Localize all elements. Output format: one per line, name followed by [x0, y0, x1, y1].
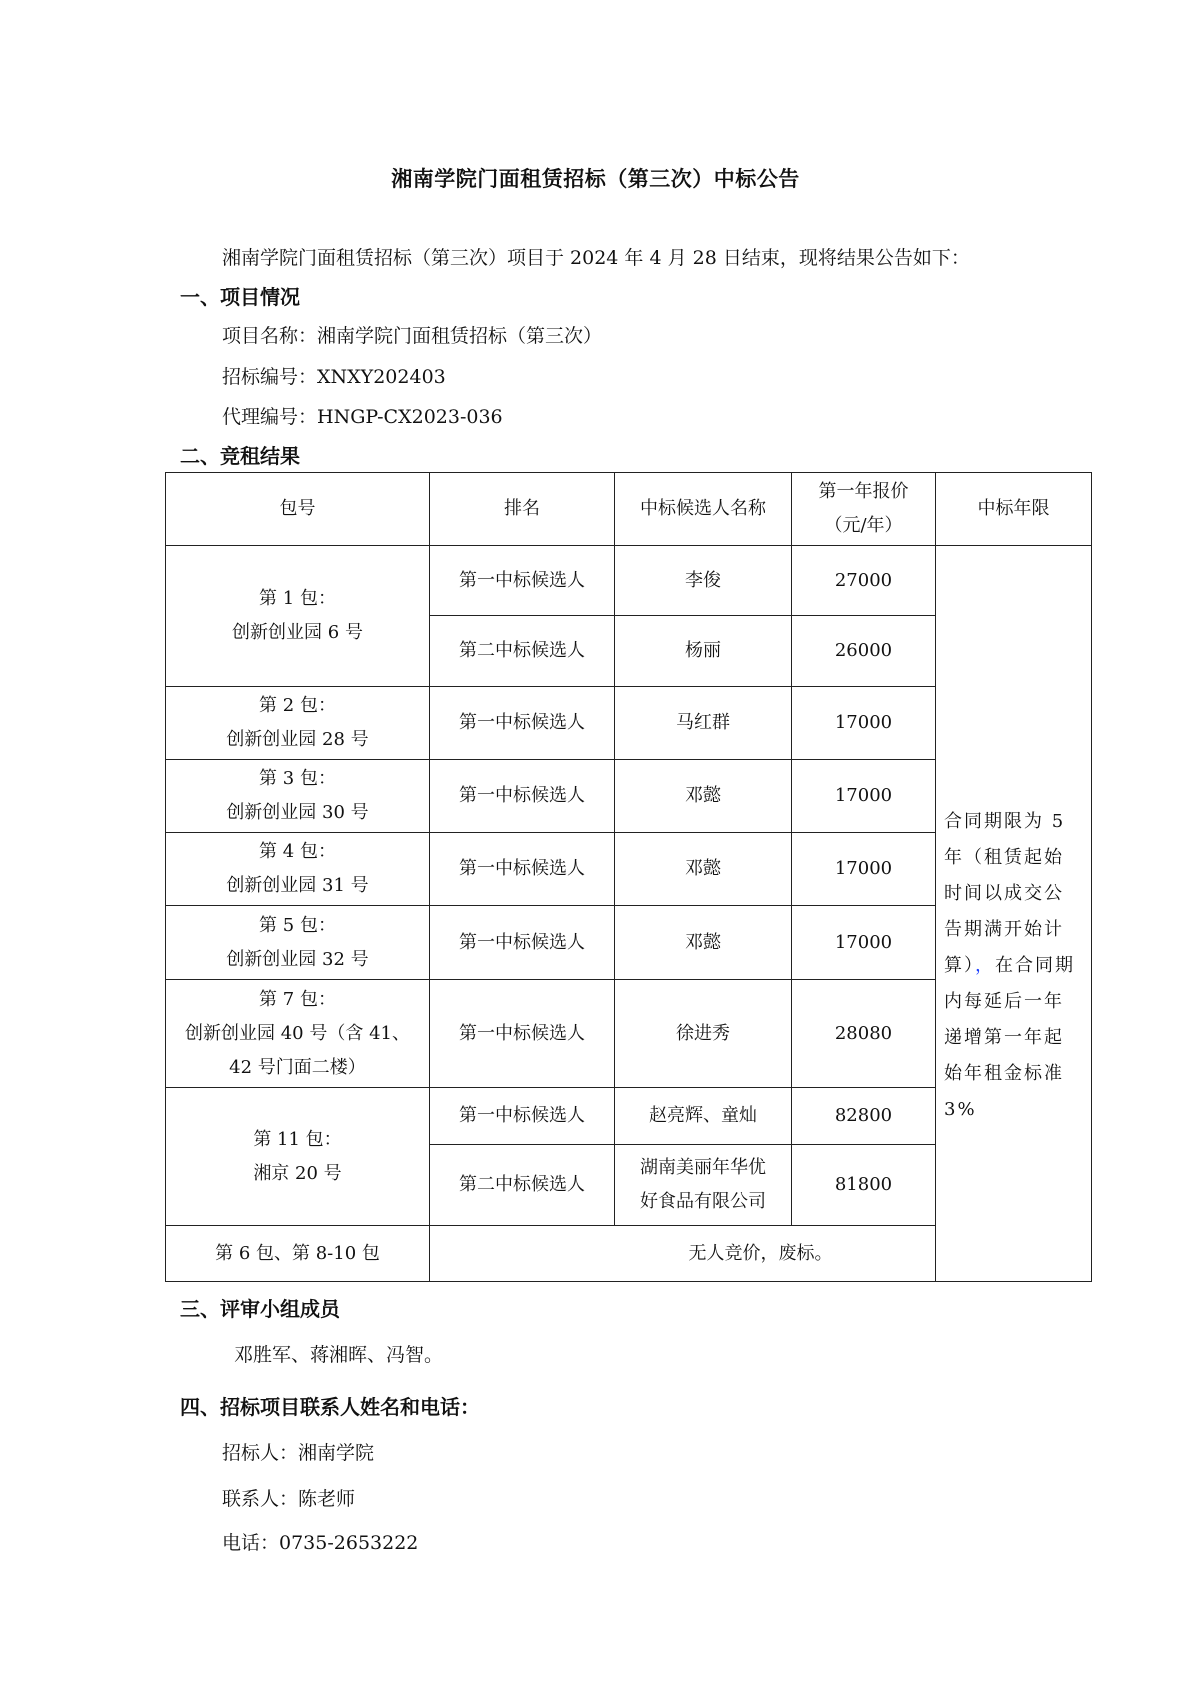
package-location: 创新创业园 30 号 [170, 796, 425, 830]
section-heading-results: 二、竞租结果 [180, 444, 300, 468]
panel-members: 邓胜军、蒋湘晖、冯智。 [234, 1343, 443, 1367]
rank-cell: 第一中标候选人 [430, 980, 615, 1088]
header-price: 第一年报价 （元/年） [792, 473, 936, 546]
header-price-line1: 第一年报价 [796, 475, 931, 509]
candidate-cell: 马红群 [615, 687, 792, 760]
header-rank: 排名 [430, 473, 615, 546]
table-row: 第 1 包： 创新创业园 6 号 第一中标候选人 李俊 27000 合同期限为 … [166, 546, 1092, 616]
price-cell: 17000 [792, 760, 936, 833]
term-text-part2: 在合同期内每延后一年递增第一年起始年租金标准 3% [944, 955, 1075, 1120]
header-candidate: 中标候选人名称 [615, 473, 792, 546]
term-comma: ， [975, 955, 995, 976]
candidate-cell: 邓懿 [615, 760, 792, 833]
rank-cell: 第二中标候选人 [430, 616, 615, 687]
price-cell: 27000 [792, 546, 936, 616]
rank-cell: 第一中标候选人 [430, 906, 615, 980]
header-package: 包号 [166, 473, 430, 546]
package-label: 第 11 包： [170, 1123, 425, 1157]
package-cell: 第 7 包： 创新创业园 40 号（含 41、 42 号门面二楼） [166, 980, 430, 1088]
failed-package-cell: 第 6 包、第 8-10 包 [166, 1226, 430, 1282]
rank-cell: 第一中标候选人 [430, 760, 615, 833]
package-location-cont: 42 号门面二楼） [170, 1051, 425, 1085]
section-heading-panel: 三、评审小组成员 [180, 1297, 340, 1321]
agent-number: 代理编号：HNGP-CX2023-036 [222, 405, 503, 429]
candidate-cell: 李俊 [615, 546, 792, 616]
candidate-cell: 邓懿 [615, 906, 792, 980]
package-label: 第 4 包： [170, 835, 425, 869]
price-cell: 81800 [792, 1145, 936, 1226]
package-cell: 第 3 包： 创新创业园 30 号 [166, 760, 430, 833]
results-table: 包号 排名 中标候选人名称 第一年报价 （元/年） 中标年限 第 1 包： 创新… [165, 472, 1092, 1282]
package-cell: 第 1 包： 创新创业园 6 号 [166, 546, 430, 687]
section-heading-contact: 四、招标项目联系人姓名和电话： [180, 1395, 480, 1419]
package-label: 第 7 包： [170, 983, 425, 1017]
candidate-line1: 湖南美丽年华优 [619, 1151, 787, 1185]
price-cell: 17000 [792, 906, 936, 980]
tenderer: 招标人：湘南学院 [222, 1441, 374, 1465]
header-price-line2: （元/年） [796, 509, 931, 543]
term-cell: 合同期限为 5 年（租赁起始时间以成交公告期满开始计算），在合同期内每延后一年递… [936, 546, 1092, 1282]
price-cell: 82800 [792, 1088, 936, 1145]
candidate-cell: 徐进秀 [615, 980, 792, 1088]
package-label: 第 2 包： [170, 689, 425, 723]
rank-cell: 第二中标候选人 [430, 1145, 615, 1226]
term-text-part1: 合同期限为 5 年（租赁起始时间以成交公告期满开始计算） [944, 811, 1065, 976]
candidate-cell: 邓懿 [615, 833, 792, 906]
price-cell: 17000 [792, 687, 936, 760]
price-cell: 28080 [792, 980, 936, 1088]
intro-paragraph: 湘南学院门面租赁招标（第三次）项目于 2024 年 4 月 28 日结束，现将结… [222, 246, 970, 270]
page-title: 湘南学院门面租赁招标（第三次）中标公告 [0, 163, 1191, 193]
package-label: 第 5 包： [170, 909, 425, 943]
failed-packages-row: 第 6 包、第 8-10 包 无人竞价，废标。 [166, 1226, 1092, 1282]
price-cell: 17000 [792, 833, 936, 906]
package-location: 创新创业园 6 号 [170, 616, 425, 650]
project-name: 项目名称：湘南学院门面租赁招标（第三次） [222, 324, 602, 348]
candidate-line2: 好食品有限公司 [619, 1185, 787, 1219]
package-label: 第 1 包： [170, 582, 425, 616]
table-header-row: 包号 排名 中标候选人名称 第一年报价 （元/年） 中标年限 [166, 473, 1092, 546]
package-location: 湘京 20 号 [170, 1157, 425, 1191]
failed-note-cell: 无人竞价，废标。 [430, 1226, 1092, 1282]
package-cell: 第 2 包： 创新创业园 28 号 [166, 687, 430, 760]
candidate-cell: 湖南美丽年华优 好食品有限公司 [615, 1145, 792, 1226]
tender-number: 招标编号：XNXY202403 [222, 365, 446, 389]
rank-cell: 第一中标候选人 [430, 546, 615, 616]
package-location: 创新创业园 40 号（含 41、 [170, 1017, 425, 1051]
rank-cell: 第一中标候选人 [430, 1088, 615, 1145]
package-cell: 第 4 包： 创新创业园 31 号 [166, 833, 430, 906]
section-heading-project: 一、项目情况 [180, 285, 300, 309]
package-cell: 第 5 包： 创新创业园 32 号 [166, 906, 430, 980]
package-label: 第 3 包： [170, 762, 425, 796]
contact-person: 联系人：陈老师 [222, 1487, 355, 1511]
candidate-cell: 赵亮辉、童灿 [615, 1088, 792, 1145]
package-cell: 第 11 包： 湘京 20 号 [166, 1088, 430, 1226]
package-location: 创新创业园 31 号 [170, 869, 425, 903]
package-location: 创新创业园 32 号 [170, 943, 425, 977]
rank-cell: 第一中标候选人 [430, 833, 615, 906]
contact-phone: 电话：0735-2653222 [222, 1531, 418, 1555]
package-location: 创新创业园 28 号 [170, 723, 425, 757]
header-term: 中标年限 [936, 473, 1092, 546]
price-cell: 26000 [792, 616, 936, 687]
rank-cell: 第一中标候选人 [430, 687, 615, 760]
candidate-cell: 杨丽 [615, 616, 792, 687]
